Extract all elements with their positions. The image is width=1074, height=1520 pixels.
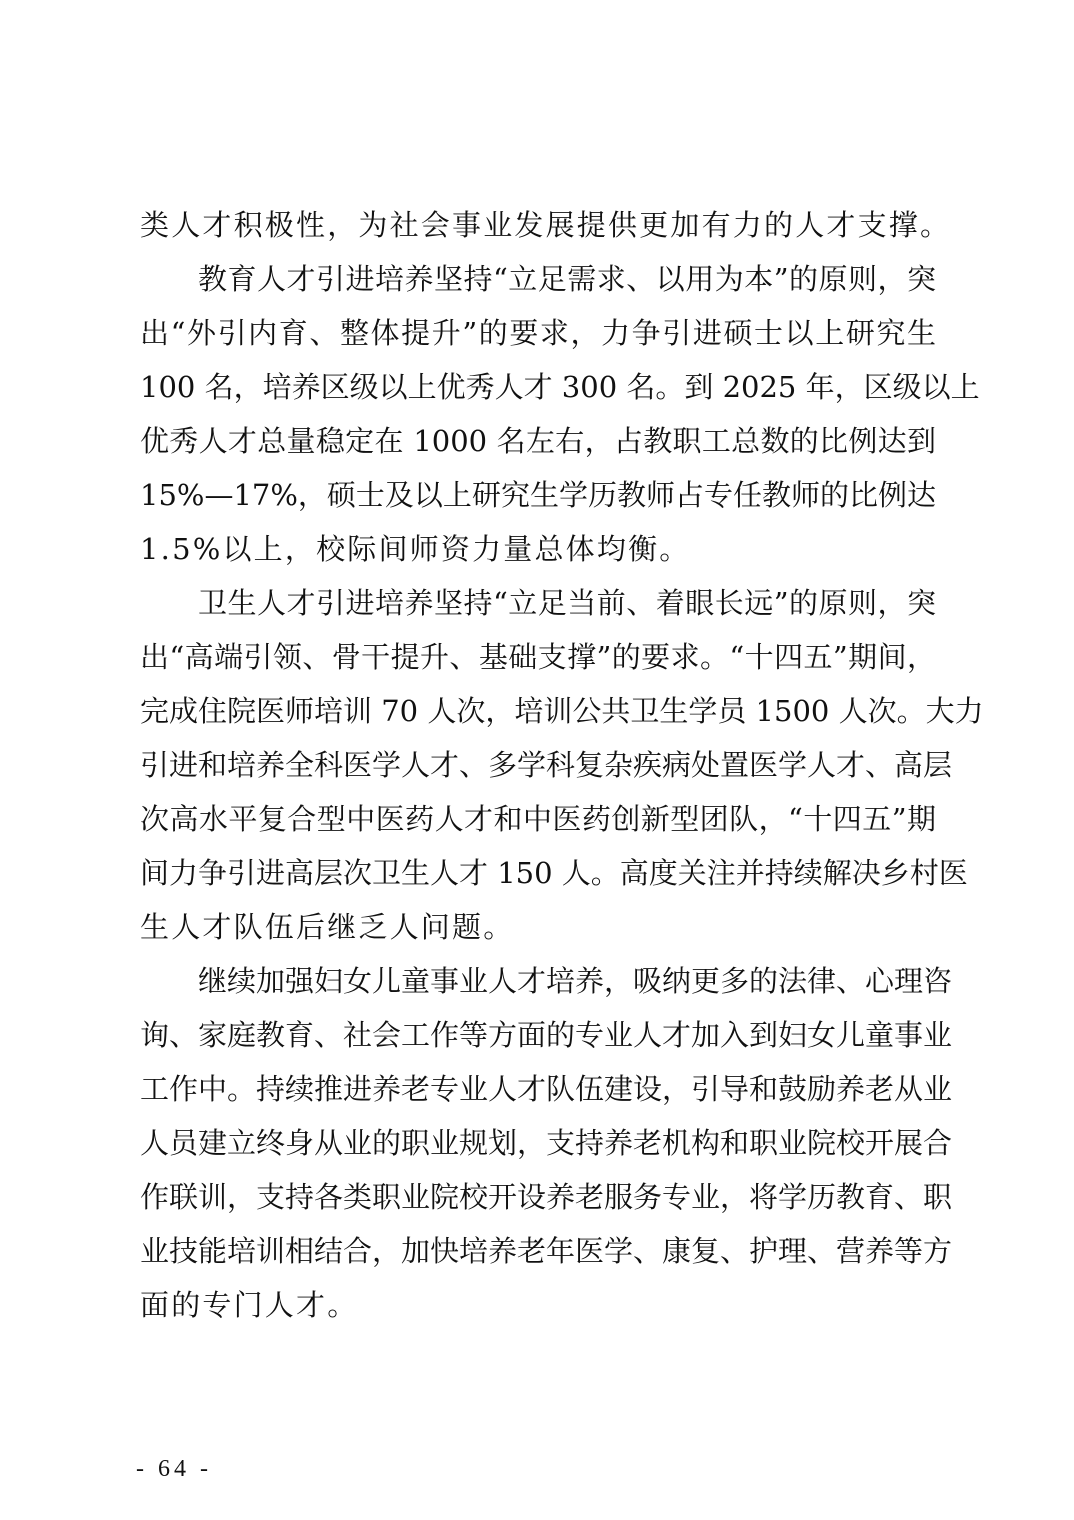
paragraph-start-education: 教育人才引进培养坚持“立足需求、以用为本”的原则，突: [198, 261, 936, 297]
text-line: 生人才队伍后继乏人问题。: [140, 909, 936, 945]
document-page: 类人才积极性，为社会事业发展提供更加有力的人才支撑。 教育人才引进培养坚持“立足…: [0, 0, 1074, 1520]
text-line: 询、家庭教育、社会工作等方面的专业人才加入到妇女儿童事业: [140, 1017, 936, 1053]
paragraph-start-health: 卫生人才引进培养坚持“立足当前、着眼长远”的原则，突: [198, 585, 936, 621]
text-line: 引进和培养全科医学人才、多学科复杂疾病处置医学人才、高层: [140, 747, 936, 783]
text-line: 优秀人才总量稳定在 1000 名左右，占教职工总数的比例达到: [140, 423, 936, 459]
text-line: 工作中。持续推进养老专业人才队伍建设，引导和鼓励养老从业: [140, 1071, 936, 1107]
text-line: 出“外引内育、整体提升”的要求，力争引进硕士以上研究生: [140, 315, 936, 351]
text-line: 出“高端引领、骨干提升、基础支撑”的要求。“十四五”期间，: [140, 639, 936, 675]
text-line: 100 名，培养区级以上优秀人才 300 名。到 2025 年，区级以上: [140, 369, 936, 405]
paragraph-start-women-children: 继续加强妇女儿童事业人才培养，吸纳更多的法律、心理咨: [198, 963, 936, 999]
page-number: - 64 -: [136, 1456, 212, 1483]
text-line: 类人才积极性，为社会事业发展提供更加有力的人才支撑。: [140, 207, 936, 243]
text-line: 15%—17%，硕士及以上研究生学历教师占专任教师的比例达: [140, 477, 936, 513]
text-line: 完成住院医师培训 70 人次，培训公共卫生学员 1500 人次。大力: [140, 693, 936, 729]
text-line: 业技能培训相结合，加快培养老年医学、康复、护理、营养等方: [140, 1233, 936, 1269]
text-line: 作联训，支持各类职业院校开设养老服务专业，将学历教育、职: [140, 1179, 936, 1215]
text-line: 间力争引进高层次卫生人才 150 人。高度关注并持续解决乡村医: [140, 855, 936, 891]
text-line: 次高水平复合型中医药人才和中医药创新型团队，“十四五”期: [140, 801, 936, 837]
text-line: 面的专门人才。: [140, 1287, 936, 1323]
text-line: 1.5%以上，校际间师资力量总体均衡。: [140, 531, 936, 567]
text-line: 人员建立终身从业的职业规划，支持养老机构和职业院校开展合: [140, 1125, 936, 1161]
